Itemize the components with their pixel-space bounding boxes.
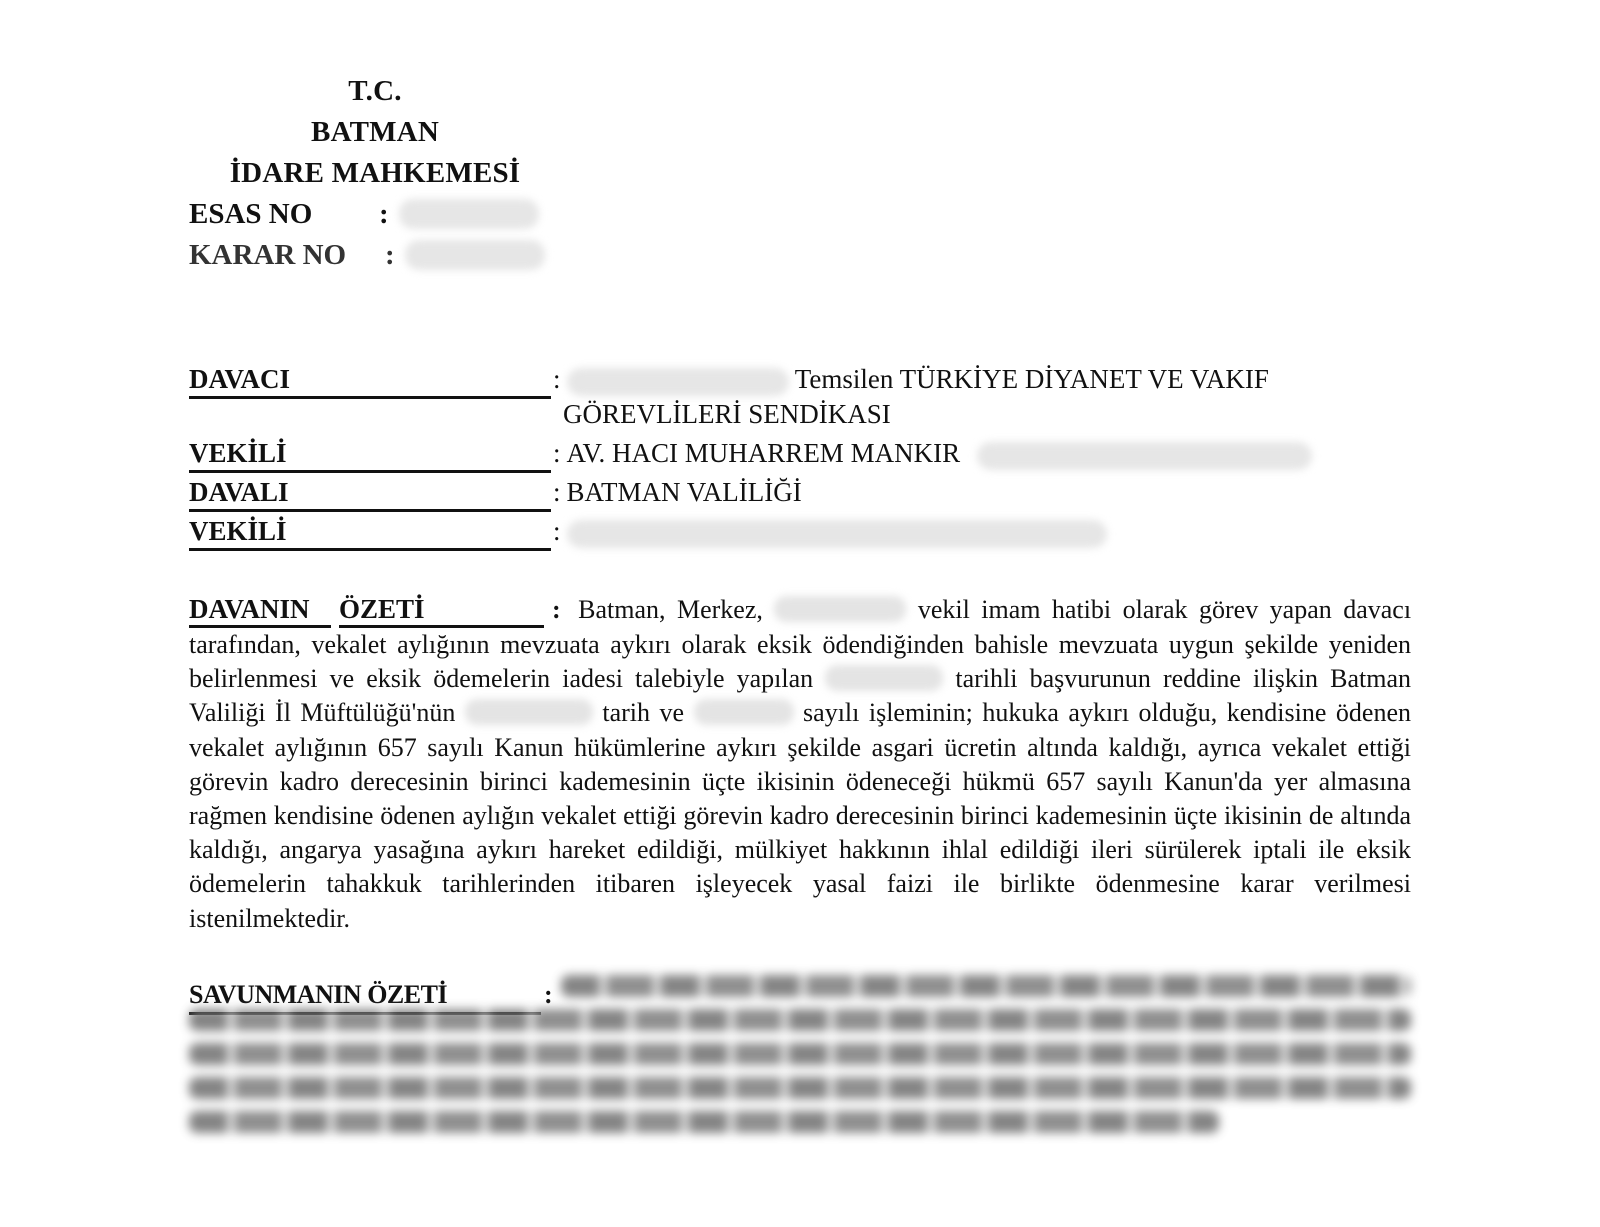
karar-no-colon: : <box>385 234 395 276</box>
davali-label: DAVALI <box>189 475 551 512</box>
esas-no-redacted-value <box>399 199 539 229</box>
davali-vekili-label: VEKİLİ <box>189 514 551 551</box>
savunmanin-ozeti-label: SAVUNMANIN ÖZETİ <box>189 980 541 1015</box>
davanin-ozeti-text-4: tarih ve <box>602 698 684 727</box>
davali-colon: : <box>553 477 561 507</box>
davaci-vekili-label: VEKİLİ <box>189 436 551 473</box>
savunmanin-ozeti-section: SAVUNMANIN ÖZETİ : <box>189 978 1411 1018</box>
davanin-ozeti-text-1: Batman, Merkez, <box>578 595 763 624</box>
davaci-vekili-name: AV. HACI MUHARREM MANKIR <box>567 438 961 468</box>
davaci-value: : Temsilen TÜRKİYE DİYANET VE VAKIF <box>553 362 1269 396</box>
karar-no-label: KARAR NO <box>189 239 346 271</box>
davali-vekili-redacted <box>567 520 1107 548</box>
davaci-vekili-redacted-address <box>977 442 1312 470</box>
redacted-application-date <box>825 665 943 691</box>
court-name: İDARE MAHKEMESİ <box>190 152 560 194</box>
esas-no-colon: : <box>379 193 389 235</box>
redacted-decision-number <box>694 699 794 725</box>
davali-name: BATMAN VALİLİĞİ <box>567 477 802 507</box>
davaci-colon: : <box>553 364 561 394</box>
court-decision-document: T.C. BATMAN İDARE MAHKEMESİ ESAS NO : KA… <box>0 0 1600 1227</box>
karar-no-redacted-value <box>405 240 545 270</box>
davali-value: :BATMAN VALİLİĞİ <box>553 475 802 509</box>
davaci-representation-text: Temsilen TÜRKİYE DİYANET VE VAKIF <box>795 364 1269 394</box>
davali-vekili-colon: : <box>553 516 561 546</box>
court-city: BATMAN <box>190 111 560 153</box>
davanin-ozeti-section: DAVANINÖZETİ: Batman, Merkez, vekil imam… <box>189 592 1411 936</box>
davaci-label: DAVACI <box>189 362 551 399</box>
esas-no-row: ESAS NO : <box>189 193 312 235</box>
karar-no-row: KARAR NO : <box>189 234 346 276</box>
davaci-vekili-colon: : <box>553 438 561 468</box>
davaci-vekili-value: :AV. HACI MUHARREM MANKIR <box>553 436 1312 470</box>
savunmanin-ozeti-colon: : <box>544 978 553 1012</box>
davaci-value-continued: GÖREVLİLERİ SENDİKASI <box>563 397 891 431</box>
davanin-ozeti-label: DAVANINÖZETİ <box>189 592 544 628</box>
redacted-decision-date <box>465 699 593 725</box>
davali-vekili-value: : <box>553 514 1107 548</box>
redacted-location <box>774 596 906 622</box>
republic-abbreviation: T.C. <box>190 70 560 112</box>
davanin-ozeti-text-5: sayılı işleminin; hukuka aykırı olduğu, … <box>189 698 1411 932</box>
esas-no-label: ESAS NO <box>189 198 312 230</box>
davaci-redacted-name <box>567 368 789 396</box>
davanin-ozeti-colon: : <box>552 595 561 624</box>
